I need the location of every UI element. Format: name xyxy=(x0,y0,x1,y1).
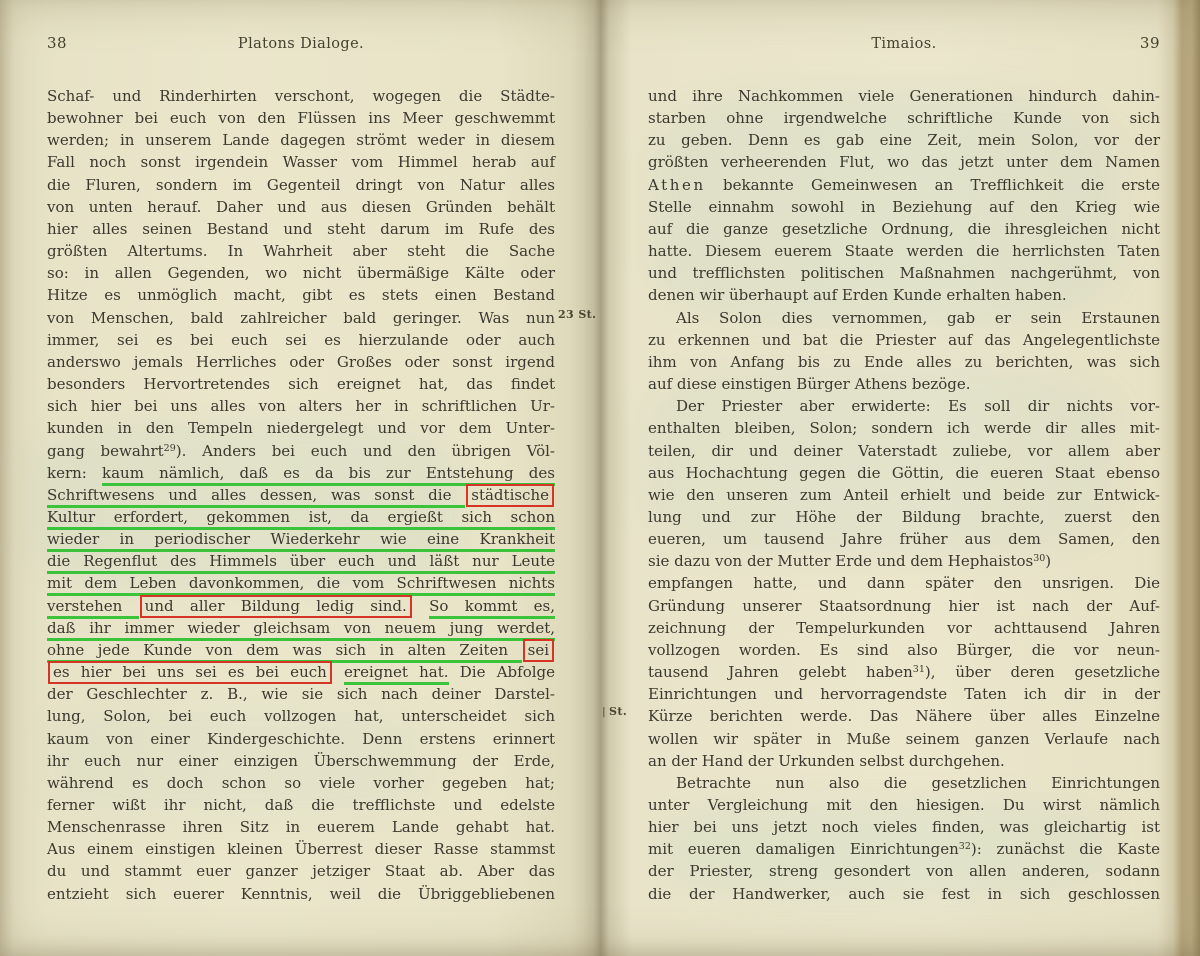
text-segment: zeichnung der Tempelurkunden vor achttau… xyxy=(648,619,1160,637)
text-line: zu geben. Denn es gab eine Zeit, mein So… xyxy=(648,129,1160,151)
text-segment: Menschenrasse ihren Sitz in euerem Lande… xyxy=(47,818,555,836)
text-line: kern: kaum nämlich, daß es da bis zur En… xyxy=(47,462,555,484)
text-line: mit eueren damaligen Einrichtungen32): z… xyxy=(648,838,1160,860)
text-segment: werden; in unserem Lande dagegen strömt … xyxy=(47,131,555,149)
text-line: von unten herauf. Daher und aus diesen G… xyxy=(47,196,555,218)
text-segment: auf die ganze gesetzliche Ordnung, die i… xyxy=(648,220,1160,238)
text-line: lung und zur Höhe der Bildung brachte, z… xyxy=(648,506,1160,528)
text-line: besonders Hervortretendes sich ereignet … xyxy=(47,373,555,395)
text-line: Stelle einnahm sowohl in Beziehung auf d… xyxy=(648,196,1160,218)
text-segment: bekannte Gemeinwesen an Trefflichkeit di… xyxy=(706,176,1160,194)
text-segment: entzieht sich euerer Kenntnis, weil die … xyxy=(47,885,555,903)
text-segment: Einrichtungen und hervorragendste Taten … xyxy=(648,685,1160,703)
margin-note: |St. xyxy=(602,705,627,718)
text-line: Athen bekannte Gemeinwesen an Trefflichk… xyxy=(648,174,1160,196)
text-segment: ), über deren gesetzliche xyxy=(925,663,1160,681)
text-line: die der Handwerker, auch sie fest in sic… xyxy=(648,883,1160,905)
text-segment: kaum von einer Kindergeschichte. Denn er… xyxy=(47,730,555,748)
text-segment xyxy=(333,663,344,681)
text-line: Der Priester aber erwiderte: Es soll dir… xyxy=(648,395,1160,417)
text-line: immer, sei es bei euch sei es hierzuland… xyxy=(47,329,555,351)
text-line: kaum von einer Kindergeschichte. Denn er… xyxy=(47,728,555,750)
text-line: Kürze berichten werde. Das Nähere über a… xyxy=(648,705,1160,727)
text-segment: zu erkennen und bat die Priester auf das… xyxy=(648,331,1160,349)
text-segment: lung und zur Höhe der Bildung brachte, z… xyxy=(648,508,1160,526)
text-segment: auf diese einstigen Bürger Athens bezöge… xyxy=(648,375,971,393)
red-box-annotation: und aller Bildung ledig sind. xyxy=(140,595,412,618)
text-segment: kunden in den Tempeln niedergelegt und v… xyxy=(47,419,555,437)
text-line: anderswo jemals Herrliches oder Großes o… xyxy=(47,351,555,373)
text-segment: größten verheerenden Flut, wo das jetzt … xyxy=(648,153,1160,171)
text-line: wieder in periodischer Wiederkehr wie ei… xyxy=(47,528,555,550)
red-box-annotation: es hier bei uns sei es bei euch xyxy=(48,661,332,684)
text-segment: an der Hand der Urkunden selbst durchgeh… xyxy=(648,752,1005,770)
text-segment: von unten herauf. Daher und aus diesen G… xyxy=(47,198,555,216)
text-line: gang bewahrt29). Anders bei euch und den… xyxy=(47,440,555,462)
text-line: eueren, um tausend Jahre früher aus dem … xyxy=(648,528,1160,550)
text-line: denen wir überhaupt auf Erden Kunde erha… xyxy=(648,284,1160,306)
text-block: und ihre Nachkommen viele Generationen h… xyxy=(648,85,1160,905)
text-segment: ihm von Anfang bis zu Ende alles zu beri… xyxy=(648,353,1160,371)
green-underline-annotation: ohne jede Kunde von dem was sich in alte… xyxy=(47,641,522,663)
text-line: Schaf- und Rinderhirten verschont, wogeg… xyxy=(47,85,555,107)
text-segment: der Geschlechter z. B., wie sie sich nac… xyxy=(47,685,555,703)
text-segment: bewohner bei euch von den Flüssen ins Me… xyxy=(47,109,555,127)
text-segment: eueren, um tausend Jahre früher aus dem … xyxy=(648,530,1160,548)
text-line: Fall noch sonst irgendein Wasser vom Him… xyxy=(47,151,555,173)
text-line: kunden in den Tempeln niedergelegt und v… xyxy=(47,417,555,439)
text-segment: ). Anders bei euch und den übrigen Völ- xyxy=(176,442,555,460)
text-line: Menschenrasse ihren Sitz in euerem Lande… xyxy=(47,816,555,838)
red-box-annotation: sei xyxy=(523,639,554,662)
text-line: die Regenflut des Himmels über euch und … xyxy=(47,550,555,572)
text-line: größten Altertums. In Wahrheit aber steh… xyxy=(47,240,555,262)
text-segment: Der Priester aber erwiderte: Es soll dir… xyxy=(676,397,1160,415)
text-line: zu erkennen und bat die Priester auf das… xyxy=(648,329,1160,351)
text-line: starben ohne irgendwelche schriftliche K… xyxy=(648,107,1160,129)
text-segment: die Fluren, sondern im Gegenteil dringt … xyxy=(47,176,555,194)
text-line: es hier bei uns sei es bei euch ereignet… xyxy=(47,661,555,683)
text-segment: lung, Solon, bei euch vollzogen hat, unt… xyxy=(47,707,555,725)
text-segment: hier bei uns jetzt noch vieles finden, w… xyxy=(648,818,1160,836)
text-segment: vollzogen worden. Es sind also Bürger, d… xyxy=(648,641,1160,659)
text-segment xyxy=(413,597,429,615)
text-segment: wie den unseren zum Anteil erhielt und b… xyxy=(648,486,1160,504)
text-segment: ferner wißt ihr nicht, daß die trefflich… xyxy=(47,796,555,814)
text-segment: empfangen hatte, und dann später den uns… xyxy=(648,574,1160,592)
left-page: 38 Platons Dialoge. Schaf- und Rinderhir… xyxy=(0,0,600,956)
text-line: ihr euch nur einer einzigen Überschwemmu… xyxy=(47,750,555,772)
text-segment: immer, sei es bei euch sei es hierzuland… xyxy=(47,331,555,349)
text-segment: Kürze berichten werde. Das Nähere über a… xyxy=(648,707,1160,725)
text-segment: hatte. Diesem euerem Staate werden die h… xyxy=(648,242,1160,260)
text-line: hier bei uns jetzt noch vieles finden, w… xyxy=(648,816,1160,838)
text-line: hier alles seinen Bestand und steht daru… xyxy=(47,218,555,240)
text-line: wollen wir später in Muße seinem ganzen … xyxy=(648,728,1160,750)
text-segment: ) xyxy=(1045,552,1051,570)
text-segment: Schaf- und Rinderhirten verschont, wogeg… xyxy=(47,87,555,105)
text-segment: und ihre Nachkommen viele Generationen h… xyxy=(648,87,1160,105)
text-line: Aus einem einstigen kleinen Überrest die… xyxy=(47,838,555,860)
text-line: Hitze es unmöglich macht, gibt es stets … xyxy=(47,284,555,306)
text-segment: von Menschen, bald zahlreicher bald geri… xyxy=(47,309,555,327)
text-line: so: in allen Gegenden, wo nicht übermäßi… xyxy=(47,262,555,284)
letterspaced-text: Athen xyxy=(648,176,706,194)
text-line: daß ihr immer wieder gleichsam von neuem… xyxy=(47,617,555,639)
text-line: und trefflichsten politischen Maßnahmen … xyxy=(648,262,1160,284)
text-line: größten verheerenden Flut, wo das jetzt … xyxy=(648,151,1160,173)
text-segment: sie dazu von der Mutter Erde und dem Hep… xyxy=(648,552,1033,570)
text-segment: gang bewahrt xyxy=(47,442,164,460)
text-segment: Fall noch sonst irgendein Wasser vom Him… xyxy=(47,153,555,171)
text-segment: während es doch schon so viele vorher ge… xyxy=(47,774,555,792)
text-segment: und trefflichsten politischen Maßnahmen … xyxy=(648,264,1160,282)
text-segment: denen wir überhaupt auf Erden Kunde erha… xyxy=(648,286,1067,304)
text-line: lung, Solon, bei euch vollzogen hat, unt… xyxy=(47,705,555,727)
text-segment: teilen, dir und deiner Vaterstadt zulieb… xyxy=(648,442,1160,460)
text-segment: die der Handwerker, auch sie fest in sic… xyxy=(648,885,1160,903)
text-line: unter Vergleichung mit den hiesigen. Du … xyxy=(648,794,1160,816)
green-underline-annotation: wieder in periodischer Wiederkehr wie ei… xyxy=(47,530,555,552)
green-underline-annotation: So kommt es, xyxy=(429,597,555,619)
text-segment: sich hier bei uns alles von alters her i… xyxy=(47,397,555,415)
footnote-ref: 29 xyxy=(164,443,176,454)
green-underline-annotation: ereignet hat. xyxy=(344,663,449,685)
text-segment: größten Altertums. In Wahrheit aber steh… xyxy=(47,242,555,260)
text-line: auf diese einstigen Bürger Athens bezöge… xyxy=(648,373,1160,395)
text-line: Einrichtungen und hervorragendste Taten … xyxy=(648,683,1160,705)
margin-note: 23 St. xyxy=(558,308,596,321)
text-line: enthalten bleiben, Solon; sondern ich we… xyxy=(648,417,1160,439)
running-title: Platons Dialoge. xyxy=(47,36,555,52)
text-segment: Die Abfolge xyxy=(449,663,555,681)
footnote-ref: 32 xyxy=(959,841,971,852)
text-line: empfangen hatte, und dann später den uns… xyxy=(648,572,1160,594)
text-segment: tausend Jahren gelebt haben xyxy=(648,663,913,681)
text-line: mit dem Leben davonkommen, die vom Schri… xyxy=(47,572,555,594)
text-segment: aus Hochachtung gegen die Göttin, die eu… xyxy=(648,464,1160,482)
text-line: teilen, dir und deiner Vaterstadt zulieb… xyxy=(648,440,1160,462)
text-line: werden; in unserem Lande dagegen strömt … xyxy=(47,129,555,151)
text-line: aus Hochachtung gegen die Göttin, die eu… xyxy=(648,462,1160,484)
text-segment: Stelle einnahm sowohl in Beziehung auf d… xyxy=(648,198,1160,216)
text-block: Schaf- und Rinderhirten verschont, wogeg… xyxy=(47,85,555,905)
text-line: Gründung unserer Staatsordnung hier ist … xyxy=(648,595,1160,617)
text-segment: wollen wir später in Muße seinem ganzen … xyxy=(648,730,1160,748)
text-line: Betrachte nun also die gesetzlichen Einr… xyxy=(648,772,1160,794)
green-underline-annotation: verstehen xyxy=(47,597,139,619)
text-line: sie dazu von der Mutter Erde und dem Hep… xyxy=(648,550,1160,572)
right-page: Timaios. 39 und ihre Nachkommen viele Ge… xyxy=(600,0,1200,956)
text-line: von Menschen, bald zahlreicher bald geri… xyxy=(47,307,555,329)
text-segment: du und stammt euer ganzer jetziger Staat… xyxy=(47,862,555,880)
text-line: entzieht sich euerer Kenntnis, weil die … xyxy=(47,883,555,905)
text-line: die Fluren, sondern im Gegenteil dringt … xyxy=(47,174,555,196)
text-segment: besonders Hervortretendes sich ereignet … xyxy=(47,375,555,393)
margin-note-label: St. xyxy=(609,705,627,718)
cropped-character: | xyxy=(602,707,606,718)
text-line: tausend Jahren gelebt haben31), über der… xyxy=(648,661,1160,683)
text-segment: Gründung unserer Staatsordnung hier ist … xyxy=(648,597,1160,615)
green-underline-annotation: Kultur erfordert, gekommen ist, da ergie… xyxy=(47,508,555,530)
text-segment: hier alles seinen Bestand und steht daru… xyxy=(47,220,555,238)
text-line: vollzogen worden. Es sind also Bürger, d… xyxy=(648,639,1160,661)
footnote-ref: 31 xyxy=(913,664,925,675)
text-segment: ihr euch nur einer einzigen Überschwemmu… xyxy=(47,752,555,770)
text-segment: Hitze es unmöglich macht, gibt es stets … xyxy=(47,286,555,304)
text-segment: kern: xyxy=(47,464,102,482)
text-line: der Priester, streng gesondert von allen… xyxy=(648,860,1160,882)
text-segment: unter Vergleichung mit den hiesigen. Du … xyxy=(648,796,1160,814)
text-line: du und stammt euer ganzer jetziger Staat… xyxy=(47,860,555,882)
green-underline-annotation: Schriftwesens und alles dessen, was sons… xyxy=(47,486,465,508)
green-underline-annotation: kaum nämlich, daß es da bis zur Entstehu… xyxy=(102,464,555,486)
text-segment: enthalten bleiben, Solon; sondern ich we… xyxy=(648,419,1160,437)
text-line: ihm von Anfang bis zu Ende alles zu beri… xyxy=(648,351,1160,373)
running-title: Timaios. xyxy=(648,36,1160,52)
footnote-ref: 30 xyxy=(1033,553,1045,564)
text-line: verstehen und aller Bildung ledig sind. … xyxy=(47,595,555,617)
text-line: bewohner bei euch von den Flüssen ins Me… xyxy=(47,107,555,129)
text-segment: Aus einem einstigen kleinen Überrest die… xyxy=(47,840,555,858)
text-segment: Betrachte nun also die gesetzlichen Einr… xyxy=(676,774,1160,792)
text-segment: so: in allen Gegenden, wo nicht übermäßi… xyxy=(47,264,555,282)
text-line: wie den unseren zum Anteil erhielt und b… xyxy=(648,484,1160,506)
text-segment: zu geben. Denn es gab eine Zeit, mein So… xyxy=(648,131,1160,149)
page-number: 39 xyxy=(1140,34,1160,52)
text-segment: der Priester, streng gesondert von allen… xyxy=(648,862,1160,880)
text-line: hatte. Diesem euerem Staate werden die h… xyxy=(648,240,1160,262)
text-segment: ): zunächst die Kaste xyxy=(971,840,1160,858)
text-line: Als Solon dies vernommen, gab er sein Er… xyxy=(648,307,1160,329)
green-underline-annotation: die Regenflut des Himmels über euch und … xyxy=(47,552,555,574)
text-line: während es doch schon so viele vorher ge… xyxy=(47,772,555,794)
text-segment: Als Solon dies vernommen, gab er sein Er… xyxy=(676,309,1160,327)
text-line: ferner wißt ihr nicht, daß die trefflich… xyxy=(47,794,555,816)
text-line: und ihre Nachkommen viele Generationen h… xyxy=(648,85,1160,107)
red-box-annotation: städtische xyxy=(466,484,554,507)
text-line: auf die ganze gesetzliche Ordnung, die i… xyxy=(648,218,1160,240)
text-segment: starben ohne irgendwelche schriftliche K… xyxy=(648,109,1160,127)
text-segment: anderswo jemals Herrliches oder Großes o… xyxy=(47,353,555,371)
text-line: Schriftwesens und alles dessen, was sons… xyxy=(47,484,555,506)
text-line: zeichnung der Tempelurkunden vor achttau… xyxy=(648,617,1160,639)
text-line: sich hier bei uns alles von alters her i… xyxy=(47,395,555,417)
text-line: Kultur erfordert, gekommen ist, da ergie… xyxy=(47,506,555,528)
green-underline-annotation: daß ihr immer wieder gleichsam von neuem… xyxy=(47,619,555,641)
book-scan: 38 Platons Dialoge. Schaf- und Rinderhir… xyxy=(0,0,1200,956)
green-underline-annotation: mit dem Leben davonkommen, die vom Schri… xyxy=(47,574,555,596)
text-line: der Geschlechter z. B., wie sie sich nac… xyxy=(47,683,555,705)
text-line: an der Hand der Urkunden selbst durchgeh… xyxy=(648,750,1160,772)
text-segment: mit eueren damaligen Einrichtungen xyxy=(648,840,959,858)
text-line: ohne jede Kunde von dem was sich in alte… xyxy=(47,639,555,661)
